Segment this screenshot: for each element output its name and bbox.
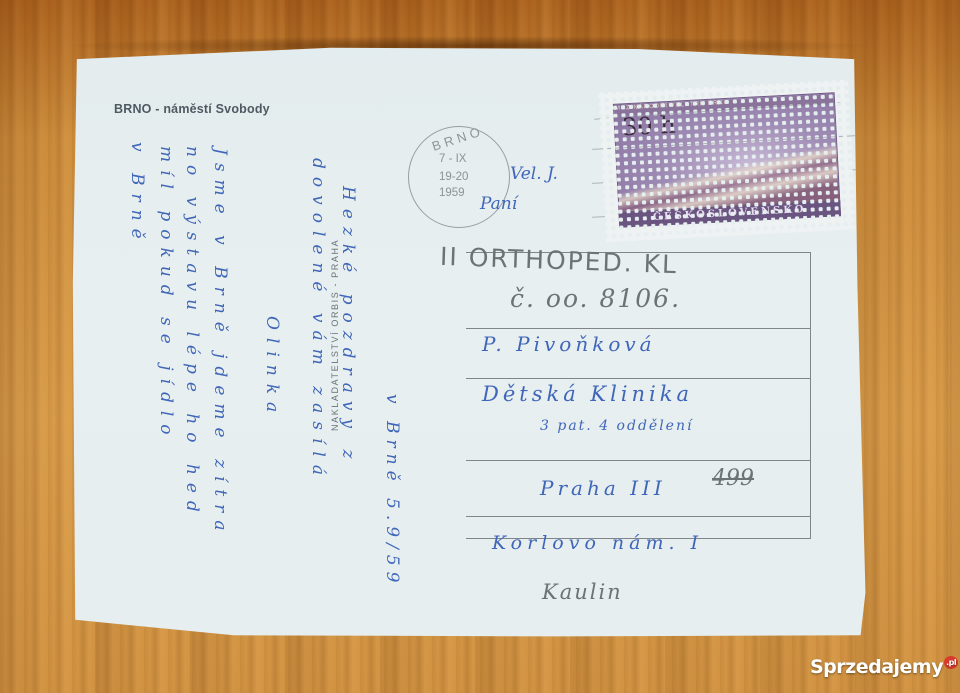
stamp-value: 30 h [621, 111, 676, 142]
address-line-rule [466, 328, 810, 329]
caption-separator: - [152, 102, 164, 116]
publisher-imprint: NAKLADATELSTVÍ ORBIS - PRAHA [330, 239, 340, 431]
address-line-rule [466, 378, 810, 379]
message-line: Hezké pozdravy z [338, 186, 358, 466]
address-line-7: Korlovo nám. I [492, 532, 703, 554]
message-line: dovolené vám zasílá [308, 158, 328, 483]
address-line-5: 3 pat. 4 oddělení [540, 418, 693, 434]
message-line: v Brně [127, 142, 147, 247]
postcard: BRNO - náměstí Svobody v Brně míl pokud … [72, 46, 880, 640]
postmark-city: BRNO [430, 123, 486, 154]
address-line-rule [466, 516, 810, 517]
postmark-date: 7 - IX [439, 153, 466, 165]
message-place-date: v Brně 5.9/59 [382, 394, 402, 588]
postmark-year: 1959 [439, 187, 465, 199]
watermark-logo: Sprzedajemy.pl [810, 656, 958, 678]
address-struck-number: 499 [712, 466, 754, 491]
watermark-badge: .pl [944, 656, 958, 669]
message-line: Olinka [262, 316, 282, 420]
address-salutation-2: Paní [480, 194, 517, 214]
address-line-4: Dětská Klinika [482, 382, 693, 406]
postcard-caption: BRNO - náměstí Svobody [114, 102, 270, 116]
watermark-text: Sprzedajemy [810, 656, 943, 678]
sender-signature: Kaulin [542, 580, 623, 604]
postage-stamp: MEZINÁRODNÍ VELETRH BRNO 30 h ČESKOSLOVE… [598, 80, 856, 243]
message-line: Jsme v Brně jdeme zítra [210, 148, 230, 538]
address-line-3: P. Pivoňková [482, 332, 656, 356]
message-line: míl pokud se jídlo [156, 146, 176, 443]
postmark-time: 19-20 [439, 171, 468, 183]
address-line-2: č. oo. 8106. [510, 284, 681, 313]
caption-place: náměstí Svobody [163, 102, 270, 116]
address-salutation-1: Vel. J. [510, 164, 558, 184]
address-line-rule [466, 460, 810, 461]
message-line: no výstavu lépe ho hed [182, 146, 202, 520]
caption-city: BRNO [114, 102, 152, 116]
address-line-6: Praha III [540, 476, 666, 500]
